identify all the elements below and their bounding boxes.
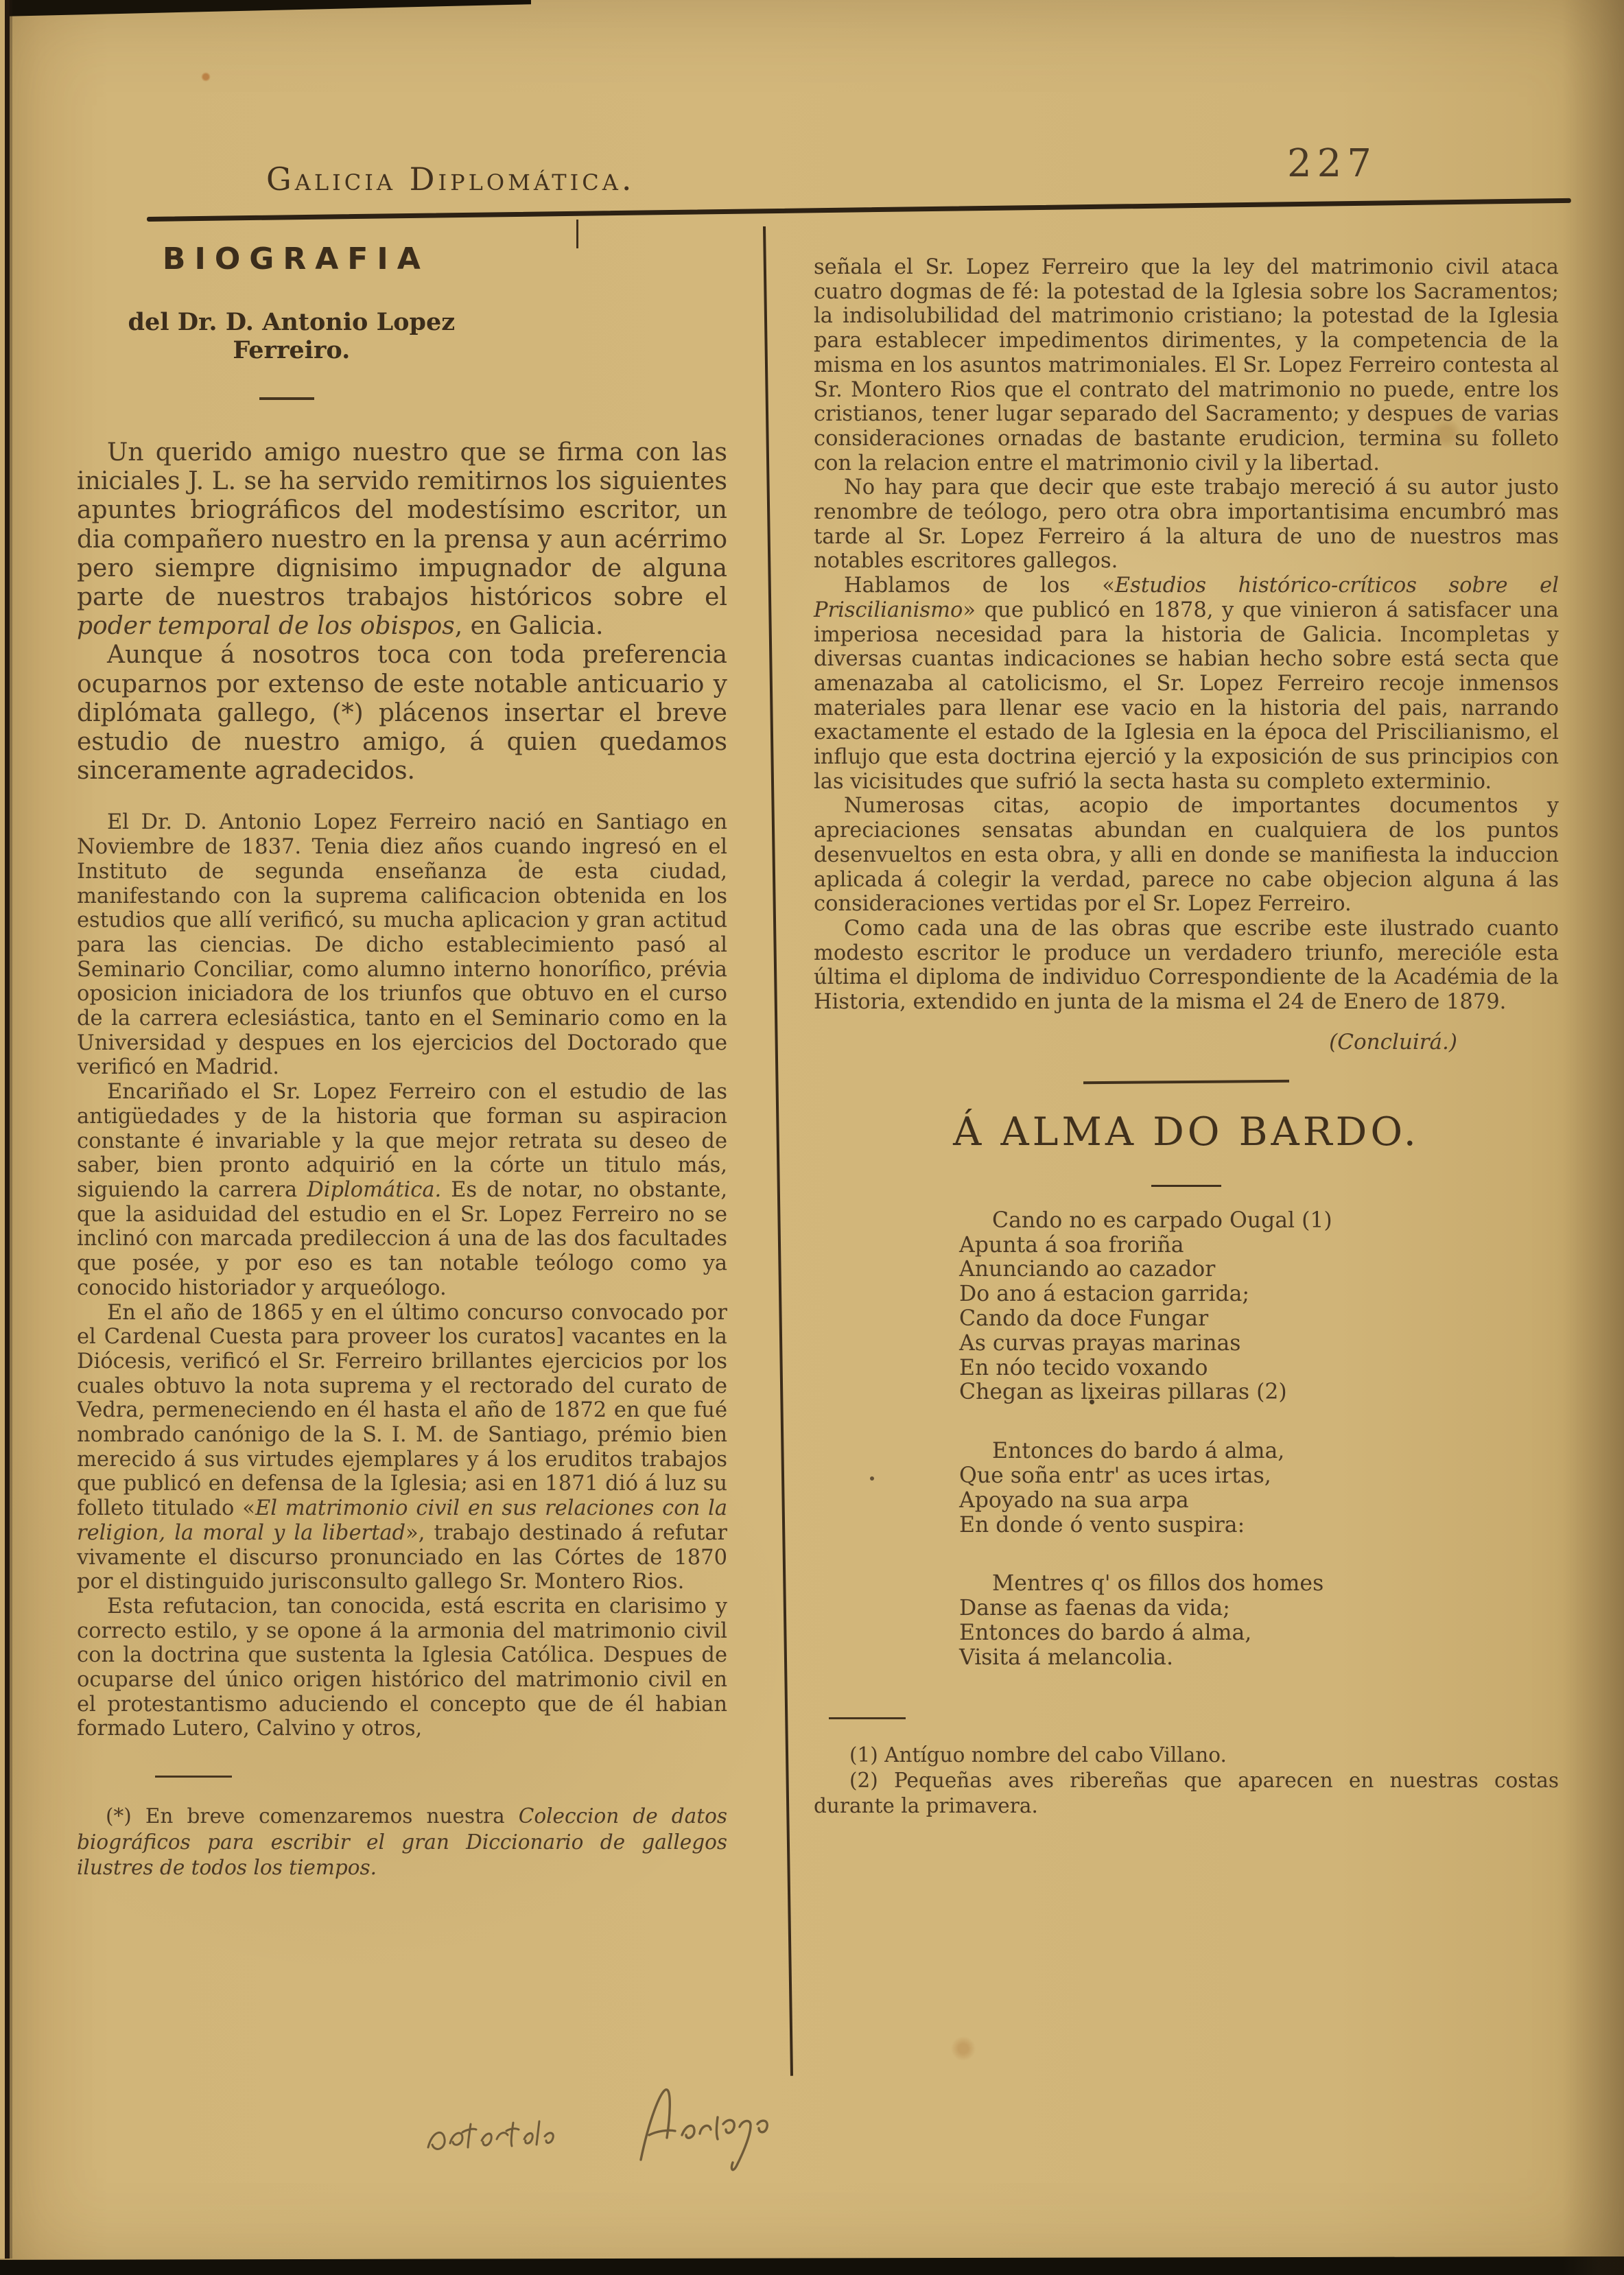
text-run: Esta refutacion, tan conocida, está escr… — [77, 1594, 727, 1741]
verse-line: Visita á melancolia. — [959, 1646, 1559, 1671]
poem-stanza: Entonces do bardo á alma,Que soña entr' … — [959, 1439, 1559, 1537]
verse-line: Cando da doce Fungar — [959, 1307, 1559, 1332]
handwriting-ink-annotation — [630, 2077, 877, 2187]
scanned-journal-page: Galicia Diplomática. 227 BIOGRAFIA del D… — [0, 0, 1624, 2275]
text-run: El Dr. D. Antonio Lopez Ferreiro nació e… — [77, 810, 727, 1079]
verse-line: Danse as faenas da vida; — [959, 1596, 1559, 1621]
paragraph: Numerosas citas, acopio de importantes d… — [814, 794, 1559, 917]
poem-title: Á ALMA DO BARDO. — [814, 1109, 1559, 1155]
intro-paragraphs: Un querido amigo nuestro que se firma co… — [77, 438, 727, 786]
text-run: » que publicó en 1878, y que vinieron á … — [814, 598, 1559, 794]
verse-line: Apoyado na sua arpa — [959, 1489, 1559, 1513]
page-curl-shadow — [1562, 0, 1624, 2275]
text-run: Como cada una de las obras que escribe e… — [814, 917, 1559, 1014]
text-run: , en Galicia. — [455, 612, 604, 640]
footnote-rule-left — [155, 1776, 232, 1778]
article-subtitle: del Dr. D. Antonio Lopez Ferreiro. — [77, 308, 506, 364]
article-continuation-paragraphs: señala el Sr. Lopez Ferreiro que la ley … — [814, 255, 1559, 1015]
footnotes-right: (1) Antíguo nombre del cabo Villano.(2) … — [814, 1743, 1559, 1819]
verse-line: Que soña entr' as uces irtas, — [959, 1464, 1559, 1489]
right-column: señala el Sr. Lopez Ferreiro que la ley … — [814, 255, 1559, 1819]
handwriting-ink-annotation — [423, 2105, 628, 2173]
poem-stanza: Mentres q' os fillos dos homesDanse as f… — [959, 1572, 1559, 1670]
verse-line: En nóo tecido voxando — [959, 1356, 1559, 1381]
verse-line: En donde ó vento suspira: — [959, 1513, 1559, 1538]
biography-paragraphs: El Dr. D. Antonio Lopez Ferreiro nació e… — [77, 810, 727, 1741]
verse-line: Do ano á estacion garrida; — [959, 1282, 1559, 1307]
verse-line: Entonces do bardo á alma, — [959, 1621, 1559, 1646]
page-number: 227 — [1287, 141, 1377, 186]
paragraph: Como cada una de las obras que escribe e… — [814, 917, 1559, 1015]
paragraph: Encariñado el Sr. Lopez Ferreiro con el … — [77, 1080, 727, 1300]
paragraph: No hay para que decir que este trabajo m… — [814, 475, 1559, 574]
poem-stanza: Cando no es carpado Ougal (1)Apunta á so… — [959, 1209, 1559, 1405]
ink-speck — [519, 859, 522, 862]
title-rule — [259, 397, 314, 400]
footnote-line: (1) Antíguo nombre del cabo Villano. — [814, 1743, 1559, 1768]
paragraph: En el año de 1865 y en el último concurs… — [77, 1301, 727, 1594]
paragraph: Esta refutacion, tan conocida, está escr… — [77, 1594, 727, 1741]
article-title: BIOGRAFIA — [77, 241, 506, 276]
text-run: Numerosas citas, acopio de importantes d… — [814, 794, 1559, 916]
poem-title-rule — [1151, 1185, 1221, 1187]
scan-edge-top — [0, 0, 531, 16]
left-column: BIOGRAFIA del Dr. D. Antonio Lopez Ferre… — [77, 231, 727, 1881]
verse-line: As curvas prayas marinas — [959, 1332, 1559, 1356]
scan-edge-bottom — [0, 2256, 1624, 2275]
text-run: No hay para que decir que este trabajo m… — [814, 475, 1559, 573]
text-run: Un querido amigo nuestro que se firma co… — [77, 438, 727, 611]
paragraph: señala el Sr. Lopez Ferreiro que la ley … — [814, 255, 1559, 475]
footnote-rule-right — [829, 1717, 906, 1719]
to-be-concluded-note: (Concluirá.) — [814, 1030, 1457, 1054]
paragraph: Hablamos de los «Estudios histórico-crít… — [814, 574, 1559, 794]
text-run: señala el Sr. Lopez Ferreiro que la ley … — [814, 255, 1559, 475]
journal-masthead: Galicia Diplomática. — [266, 161, 635, 198]
footnote-left: (*) En breve comenzaremos nuestra Colecc… — [77, 1804, 727, 1881]
verse-line: Cando no es carpado Ougal (1) — [959, 1209, 1559, 1234]
poem-body: Cando no es carpado Ougal (1)Apunta á so… — [814, 1209, 1559, 1671]
text-run: En el año de 1865 y en el último concurs… — [77, 1301, 727, 1521]
column-divider-rule — [763, 226, 793, 2076]
verse-line: Anunciando ao cazador — [959, 1258, 1559, 1282]
paragraph: Aunque á nosotros toca con toda preferen… — [77, 641, 727, 786]
verse-line: Apunta á soa froriña — [959, 1234, 1559, 1258]
verse-line: Chegan as lixeiras pillaras (2) — [959, 1380, 1559, 1405]
paragraph: El Dr. D. Antonio Lopez Ferreiro nació e… — [77, 810, 727, 1080]
verse-line: Mentres q' os fillos dos homes — [959, 1572, 1559, 1596]
scan-edge-left — [0, 0, 18, 2259]
text-run: Hablamos de los « — [844, 574, 1115, 598]
text-run-italic: Diplomática. — [307, 1178, 441, 1202]
text-run: Aunque á nosotros toca con toda preferen… — [77, 641, 727, 785]
ink-speck — [870, 1476, 874, 1481]
footnote-line: (2) Pequeñas aves ribereñas que aparecen… — [814, 1768, 1559, 1819]
ink-speck — [1090, 1400, 1094, 1404]
section-divider-rule — [1083, 1079, 1289, 1084]
text-run-italic: poder temporal de los obispos — [77, 612, 455, 640]
paragraph: Un querido amigo nuestro que se firma co… — [77, 438, 727, 641]
text-run: (*) En breve comenzaremos nuestra — [106, 1804, 519, 1828]
verse-line: Entonces do bardo á alma, — [959, 1439, 1559, 1464]
header-rule — [147, 198, 1571, 222]
